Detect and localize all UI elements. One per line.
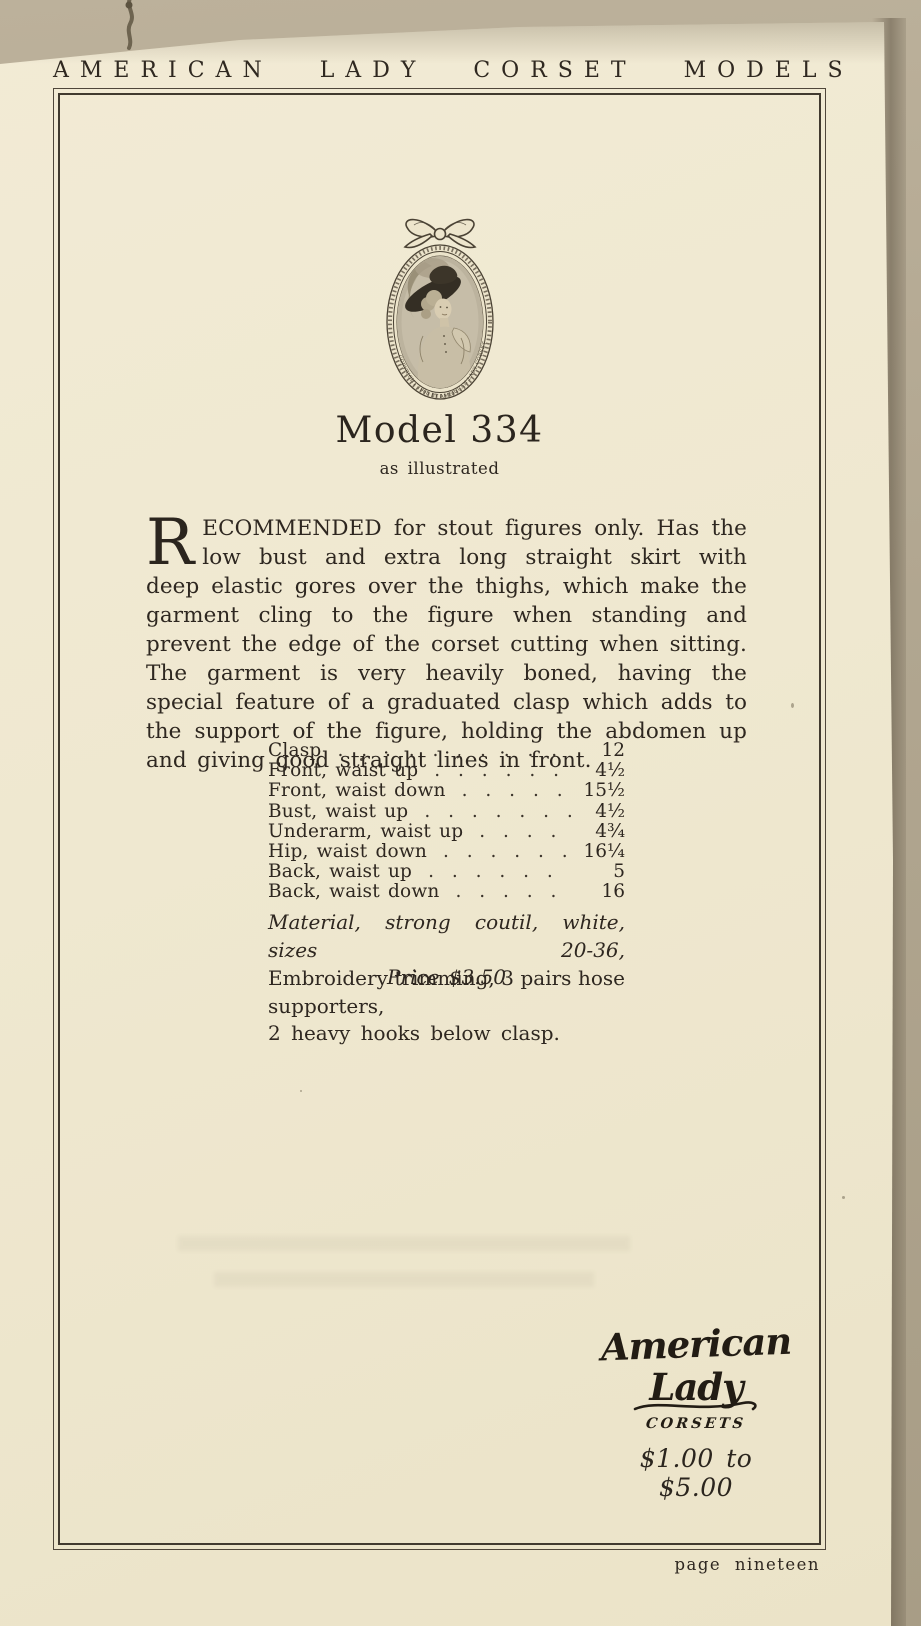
measurement-value: 16 bbox=[571, 881, 625, 902]
trimming-line: Embroidery trimming, 3 pairs hose suppor… bbox=[268, 965, 625, 1020]
printed-content-layer: AMERICAN LADY CORSET MODELS bbox=[0, 0, 921, 1626]
brand-word-american: American bbox=[597, 1321, 794, 1368]
measurement-label: Clasp bbox=[268, 740, 321, 761]
measurement-value: 4½ bbox=[571, 801, 625, 822]
brand-word-corsets: CORSETS bbox=[597, 1415, 795, 1432]
paper-speck bbox=[300, 1090, 302, 1092]
underline-flourish-icon bbox=[631, 1396, 763, 1414]
dot-leader: . . . . . . . . . bbox=[412, 861, 571, 882]
dot-leader: . . . . . . . . . bbox=[427, 841, 571, 862]
cameo-portrait-illustration: COPYRIGHT 1908 BY AMERICAN LADY CORSET C… bbox=[369, 208, 511, 404]
table-row: Front, waist down. . . . . . . .15½ bbox=[268, 780, 625, 800]
measurement-table: Clasp. . . . . , . . . . .12 Front, wais… bbox=[268, 740, 625, 902]
dot-leader: . . . . . . . . bbox=[446, 780, 571, 801]
measurement-value: 15½ bbox=[571, 780, 625, 801]
stray-ink-dot bbox=[360, 758, 363, 761]
dot-leader: . . . . . . . . bbox=[463, 821, 571, 842]
page-header-title: AMERICAN LADY CORSET MODELS bbox=[53, 58, 826, 84]
measurement-label: Back, waist down bbox=[268, 881, 439, 902]
paper-speck bbox=[842, 1196, 845, 1199]
brand-word-lady-wrap: Lady bbox=[649, 1367, 742, 1407]
dot-leader: . . . . . , . . . . . bbox=[321, 740, 571, 761]
trimming-line: 2 heavy hooks below clasp. bbox=[268, 1020, 625, 1048]
showthrough-smudge bbox=[168, 1228, 642, 1300]
drop-cap: R bbox=[146, 518, 194, 568]
trimming-note: Embroidery trimming, 3 pairs hose suppor… bbox=[268, 965, 625, 1048]
measurement-value: 4¾ bbox=[571, 821, 625, 842]
measurement-value: 5 bbox=[571, 861, 625, 882]
measurement-label: Front, waist down bbox=[268, 780, 446, 801]
measurement-label: Back, waist up bbox=[268, 861, 412, 882]
description-text: ECOMMENDED for stout figures only. Has t… bbox=[146, 516, 747, 774]
model-title: Model 334 bbox=[53, 411, 826, 451]
scanned-catalog-page: { "colors": { "paper": "#efe8d0", "backi… bbox=[0, 0, 921, 1626]
measurement-label: Bust, waist up bbox=[268, 801, 408, 822]
table-row: Underarm, waist up. . . . . . . .4¾ bbox=[268, 821, 625, 841]
table-row: Front, waist up. . . . . . . . .4½ bbox=[268, 760, 625, 780]
dot-leader: . . . . . . . bbox=[439, 881, 571, 902]
measurement-label: Underarm, waist up bbox=[268, 821, 463, 842]
model-subtitle: as illustrated bbox=[53, 459, 826, 478]
measurement-value: 4½ bbox=[571, 760, 625, 781]
dot-leader: . . . . . . . . bbox=[408, 801, 571, 822]
measurement-value: 12 bbox=[571, 740, 625, 761]
dot-leader: . . . . . . . . . bbox=[418, 760, 571, 781]
portrait-figure bbox=[397, 256, 483, 388]
measurement-label: Front, waist up bbox=[268, 760, 418, 781]
table-row: Back, waist down. . . . . . .16 bbox=[268, 881, 625, 901]
price-range: $1.00 to $5.00 bbox=[598, 1444, 794, 1502]
material-line: Material, strong coutil, white, sizes 20… bbox=[268, 909, 625, 964]
measurement-value: 16¼ bbox=[571, 841, 625, 862]
paper-speck bbox=[791, 703, 794, 708]
description-paragraph: RECOMMENDED for stout figures only. Has … bbox=[146, 514, 747, 776]
binding-thread-icon bbox=[112, 0, 146, 52]
page-number: page nineteen bbox=[620, 1555, 820, 1574]
table-row: Bust, waist up. . . . . . . .4½ bbox=[268, 801, 625, 821]
measurement-label: Hip, waist down bbox=[268, 841, 427, 862]
table-row: Clasp. . . . . , . . . . .12 bbox=[268, 740, 625, 760]
table-row: Back, waist up. . . . . . . . .5 bbox=[268, 861, 625, 881]
table-row: Hip, waist down. . . . . . . . .16¼ bbox=[268, 841, 625, 861]
brand-logo: American Lady CORSETS $1.00 to $5.00 bbox=[598, 1324, 794, 1502]
